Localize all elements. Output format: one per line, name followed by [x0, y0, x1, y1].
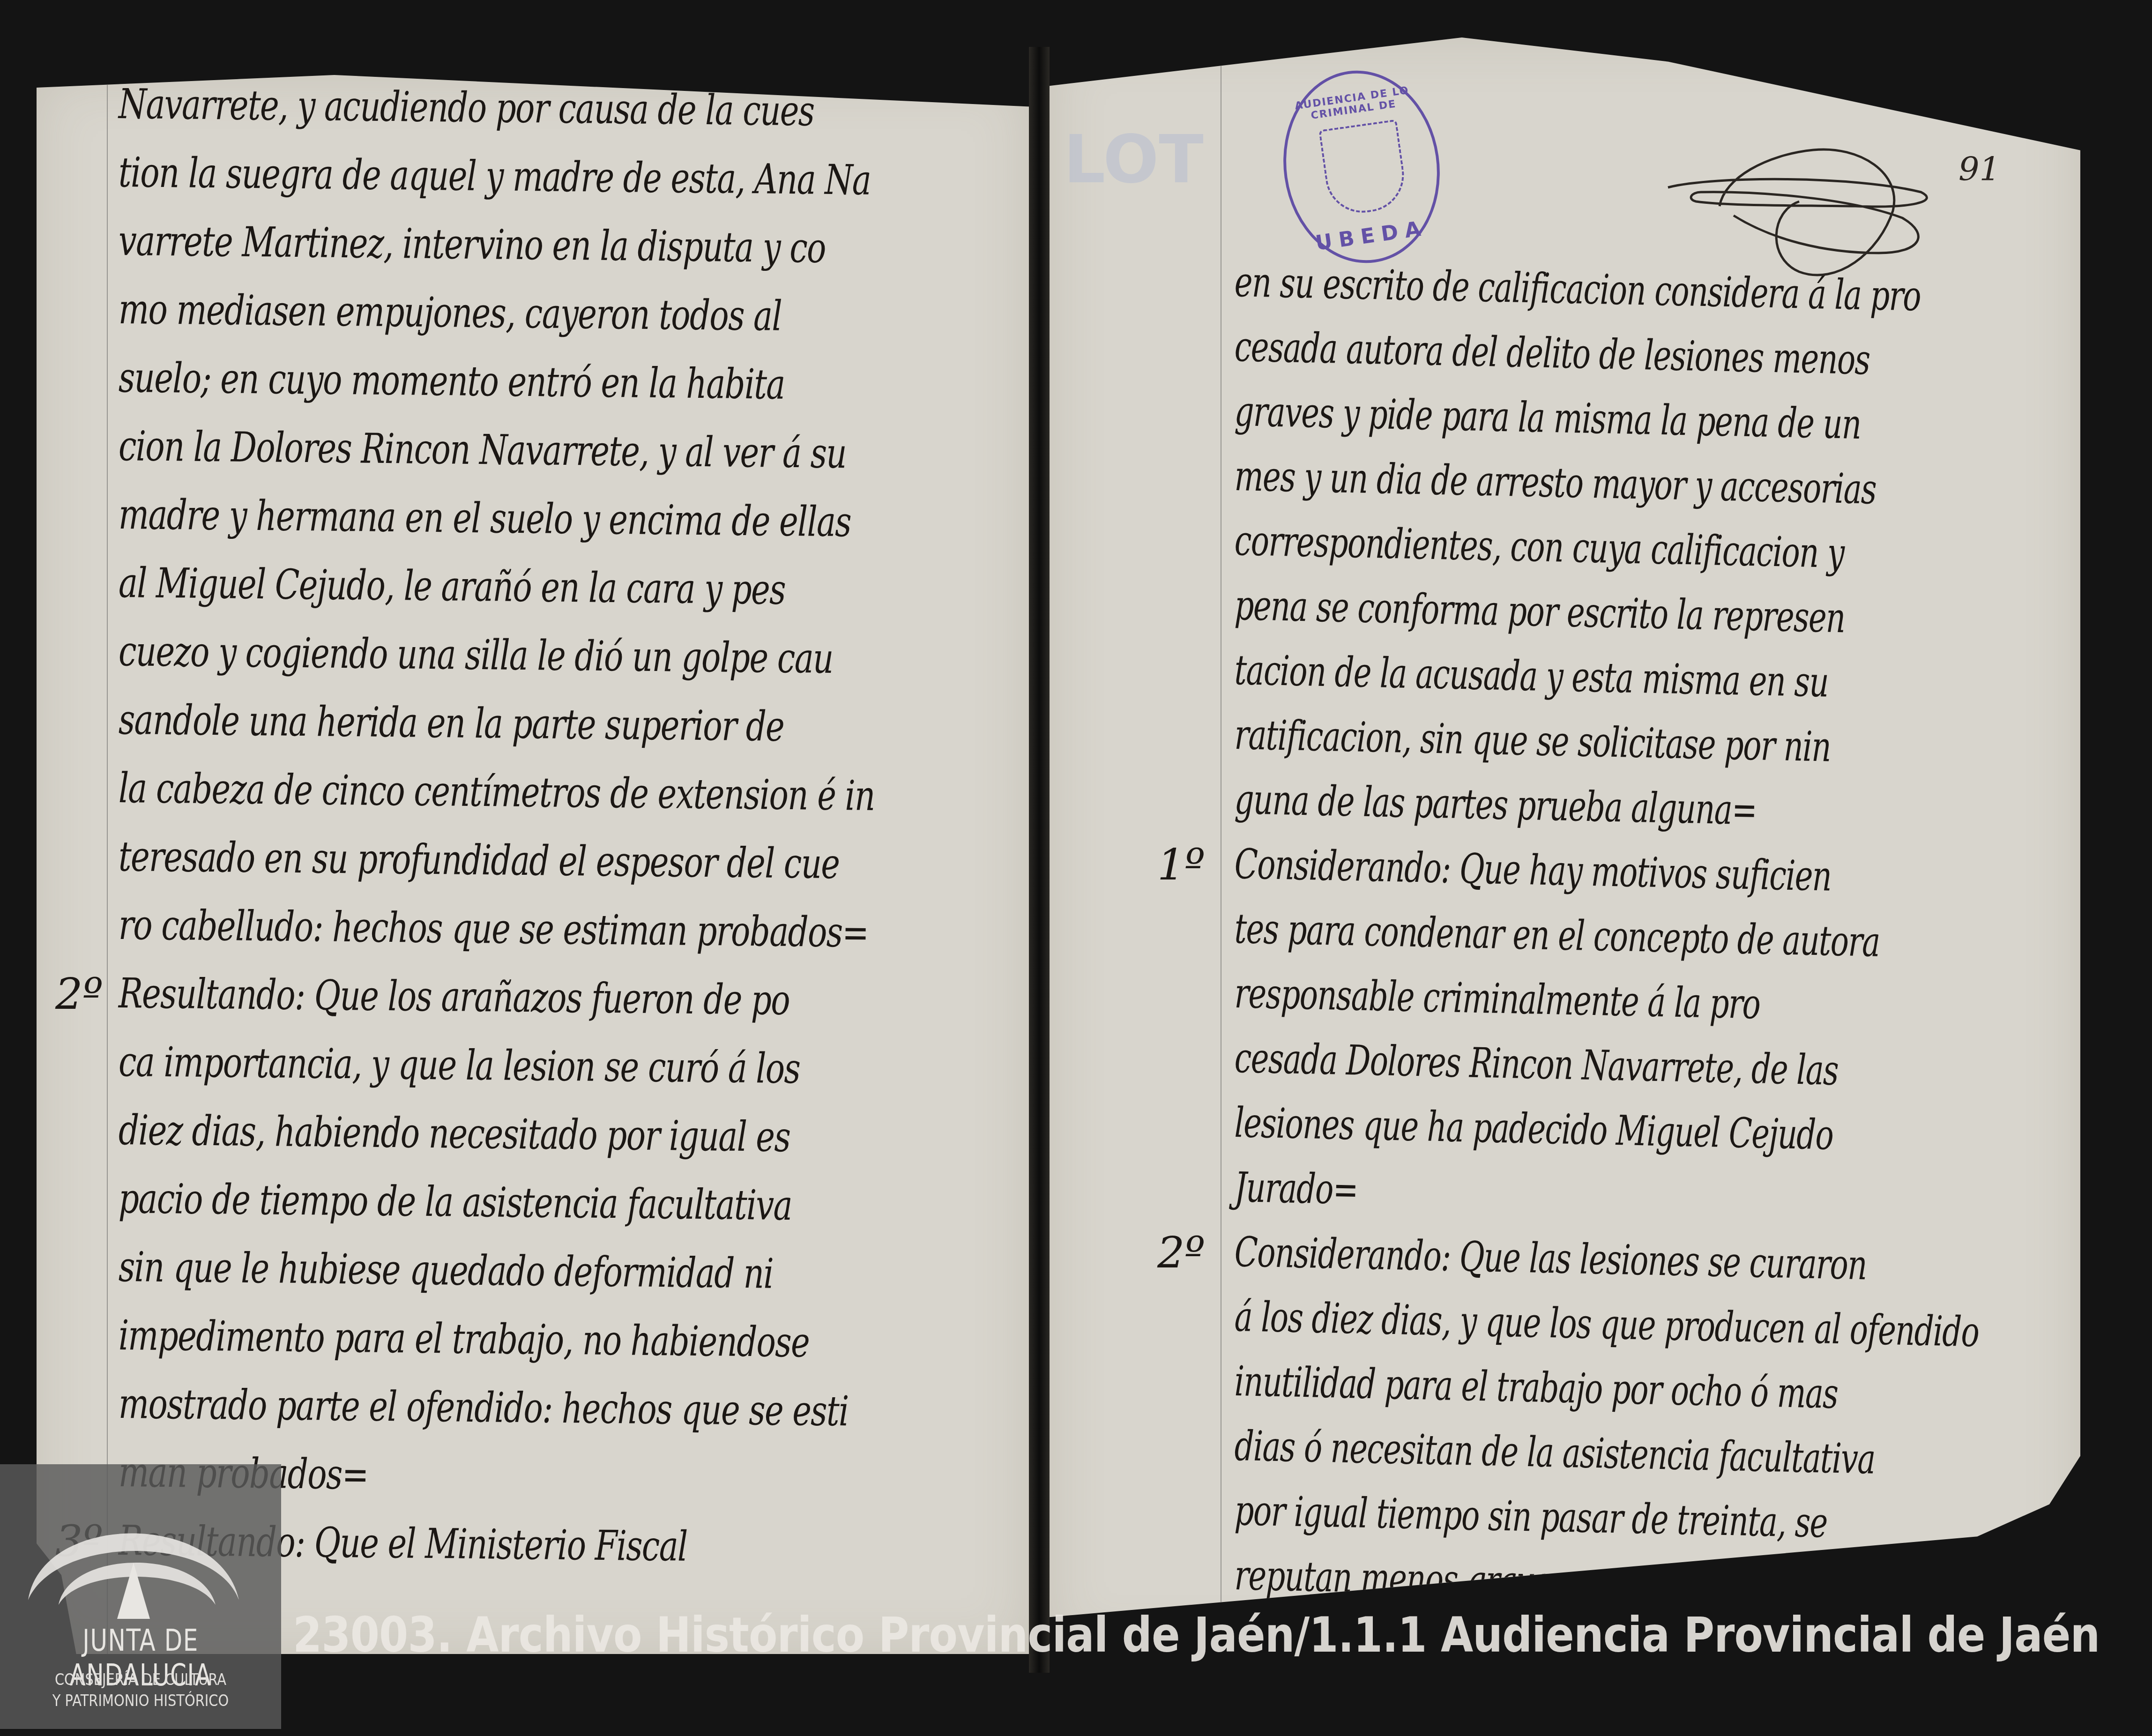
handwritten-line: Resultando: Que los arañazos fueron de p… — [118, 969, 789, 1024]
archive-reference-banner: 23003. Archivo Histórico Provincial de J… — [293, 1606, 2100, 1663]
handwritten-line: tion la suegra de aquel y madre de esta,… — [118, 148, 871, 204]
coat-of-arms-icon — [1318, 119, 1409, 218]
handwritten-line: varrete Martinez, intervino en la disput… — [118, 216, 826, 272]
handwritten-line: impedimento para el trabajo, no habiendo… — [118, 1311, 809, 1366]
handwritten-line: diez dias, habiendo necesitado por igual… — [118, 1106, 790, 1161]
right-page-margin-line — [1221, 66, 1221, 1635]
handwritten-line: cion la Dolores Rincon Navarrete, y al v… — [118, 422, 846, 477]
junta-andalucia-logo-icon — [14, 1492, 258, 1619]
handwritten-line: al Miguel Cejudo, le arañó en la cara y … — [118, 559, 785, 614]
handwritten-line: mo mediasen empujones, cayeron todos al — [118, 285, 782, 340]
handwritten-line: ro cabelludo: hechos que se estiman prob… — [118, 901, 868, 957]
handwritten-line: dias ó necesitan de la asistencia facult… — [1234, 1422, 1876, 1483]
handwritten-line: tacion de la acusada y esta misma en su — [1234, 646, 1829, 707]
junta-andalucia-watermark: JUNTA DE ANDALUCIA CONSEJERÍA DE CULTURA… — [0, 1464, 281, 1729]
handwritten-line: pena se conforma por escrito la represen — [1234, 581, 1846, 642]
watermark-subtitle-1: CONSEJERÍA DE CULTURA — [21, 1670, 260, 1689]
handwritten-line: á los diez dias, y que los que producen … — [1234, 1292, 1979, 1356]
handwritten-line: cesada autora del delito de lesiones men… — [1234, 322, 1870, 384]
handwritten-line: responsable criminalmente á la pro — [1234, 969, 1761, 1028]
handwritten-line: graves y pide para la misma la pena de u… — [1234, 387, 1862, 448]
handwritten-line: teresado en su profundidad el espesor de… — [118, 832, 840, 888]
paragraph-number: 2º — [55, 969, 103, 1019]
handwritten-line: sin que le hubiese quedado deformidad ni — [118, 1243, 773, 1298]
handwritten-line: la cabeza de cinco centímetros de extens… — [118, 764, 875, 820]
folio-number: 91 — [1958, 150, 2000, 188]
rubric-signature-icon — [1659, 136, 1987, 286]
handwritten-line: lesiones que ha padecido Miguel Cejudo — [1234, 1098, 1834, 1159]
handwritten-line: suelo; en cuyo momento entró en la habit… — [118, 353, 785, 409]
paragraph-number: 2º — [1157, 1228, 1205, 1278]
handwritten-line: inutilidad para el trabajo por ocho ó ma… — [1234, 1357, 1839, 1418]
handwritten-line: cuezo y cogiendo una silla le dió un gol… — [118, 627, 833, 683]
handwritten-line: cesada Dolores Rincon Navarrete, de las — [1234, 1034, 1839, 1095]
handwritten-line: correspondientes, con cuya calificacion … — [1234, 516, 1845, 577]
handwritten-line: ca importancia, y que la lesion se curó … — [118, 1037, 800, 1093]
handwritten-line: Navarrete, y acudiendo por causa de la c… — [118, 80, 814, 135]
handwritten-line: madre y hermana en el suelo y encima de … — [118, 490, 851, 546]
left-page: Navarrete, y acudiendo por causa de la c… — [37, 75, 1029, 1654]
book-spine — [1029, 47, 1050, 1673]
handwritten-line: reputan menos graves, segun el artículo — [1234, 1551, 1832, 1612]
watermark-subtitle-2: Y PATRIMONIO HISTÓRICO — [21, 1691, 260, 1710]
handwritten-line: mostrado parte el ofendido: hechos que s… — [118, 1379, 848, 1435]
handwritten-line: Considerando: Que hay motivos suficien — [1234, 840, 1832, 901]
paragraph-number: 1º — [1157, 840, 1205, 890]
handwritten-line: sandole una herida en la parte superior … — [118, 695, 784, 751]
handwritten-line: Considerando: Que las lesiones se curaro… — [1234, 1228, 1867, 1289]
handwritten-line: guna de las partes prueba alguna= — [1234, 775, 1757, 834]
handwritten-line: pacio de tiempo de la asistencia faculta… — [118, 1174, 792, 1229]
handwritten-line: mes y un dia de arresto mayor y accesori… — [1234, 452, 1876, 514]
handwritten-line: Jurado= — [1234, 1163, 1358, 1214]
handwritten-line: por igual tiempo sin pasar de treinta, s… — [1234, 1486, 1828, 1547]
handwritten-line: ratificacion, sin que se solicitase por … — [1234, 710, 1831, 771]
left-page-margin-line — [107, 75, 108, 1654]
handwritten-line: tes para condenar en el concepto de auto… — [1234, 904, 1880, 966]
ghost-stamp-bleedthrough: LOT — [1064, 122, 1204, 198]
